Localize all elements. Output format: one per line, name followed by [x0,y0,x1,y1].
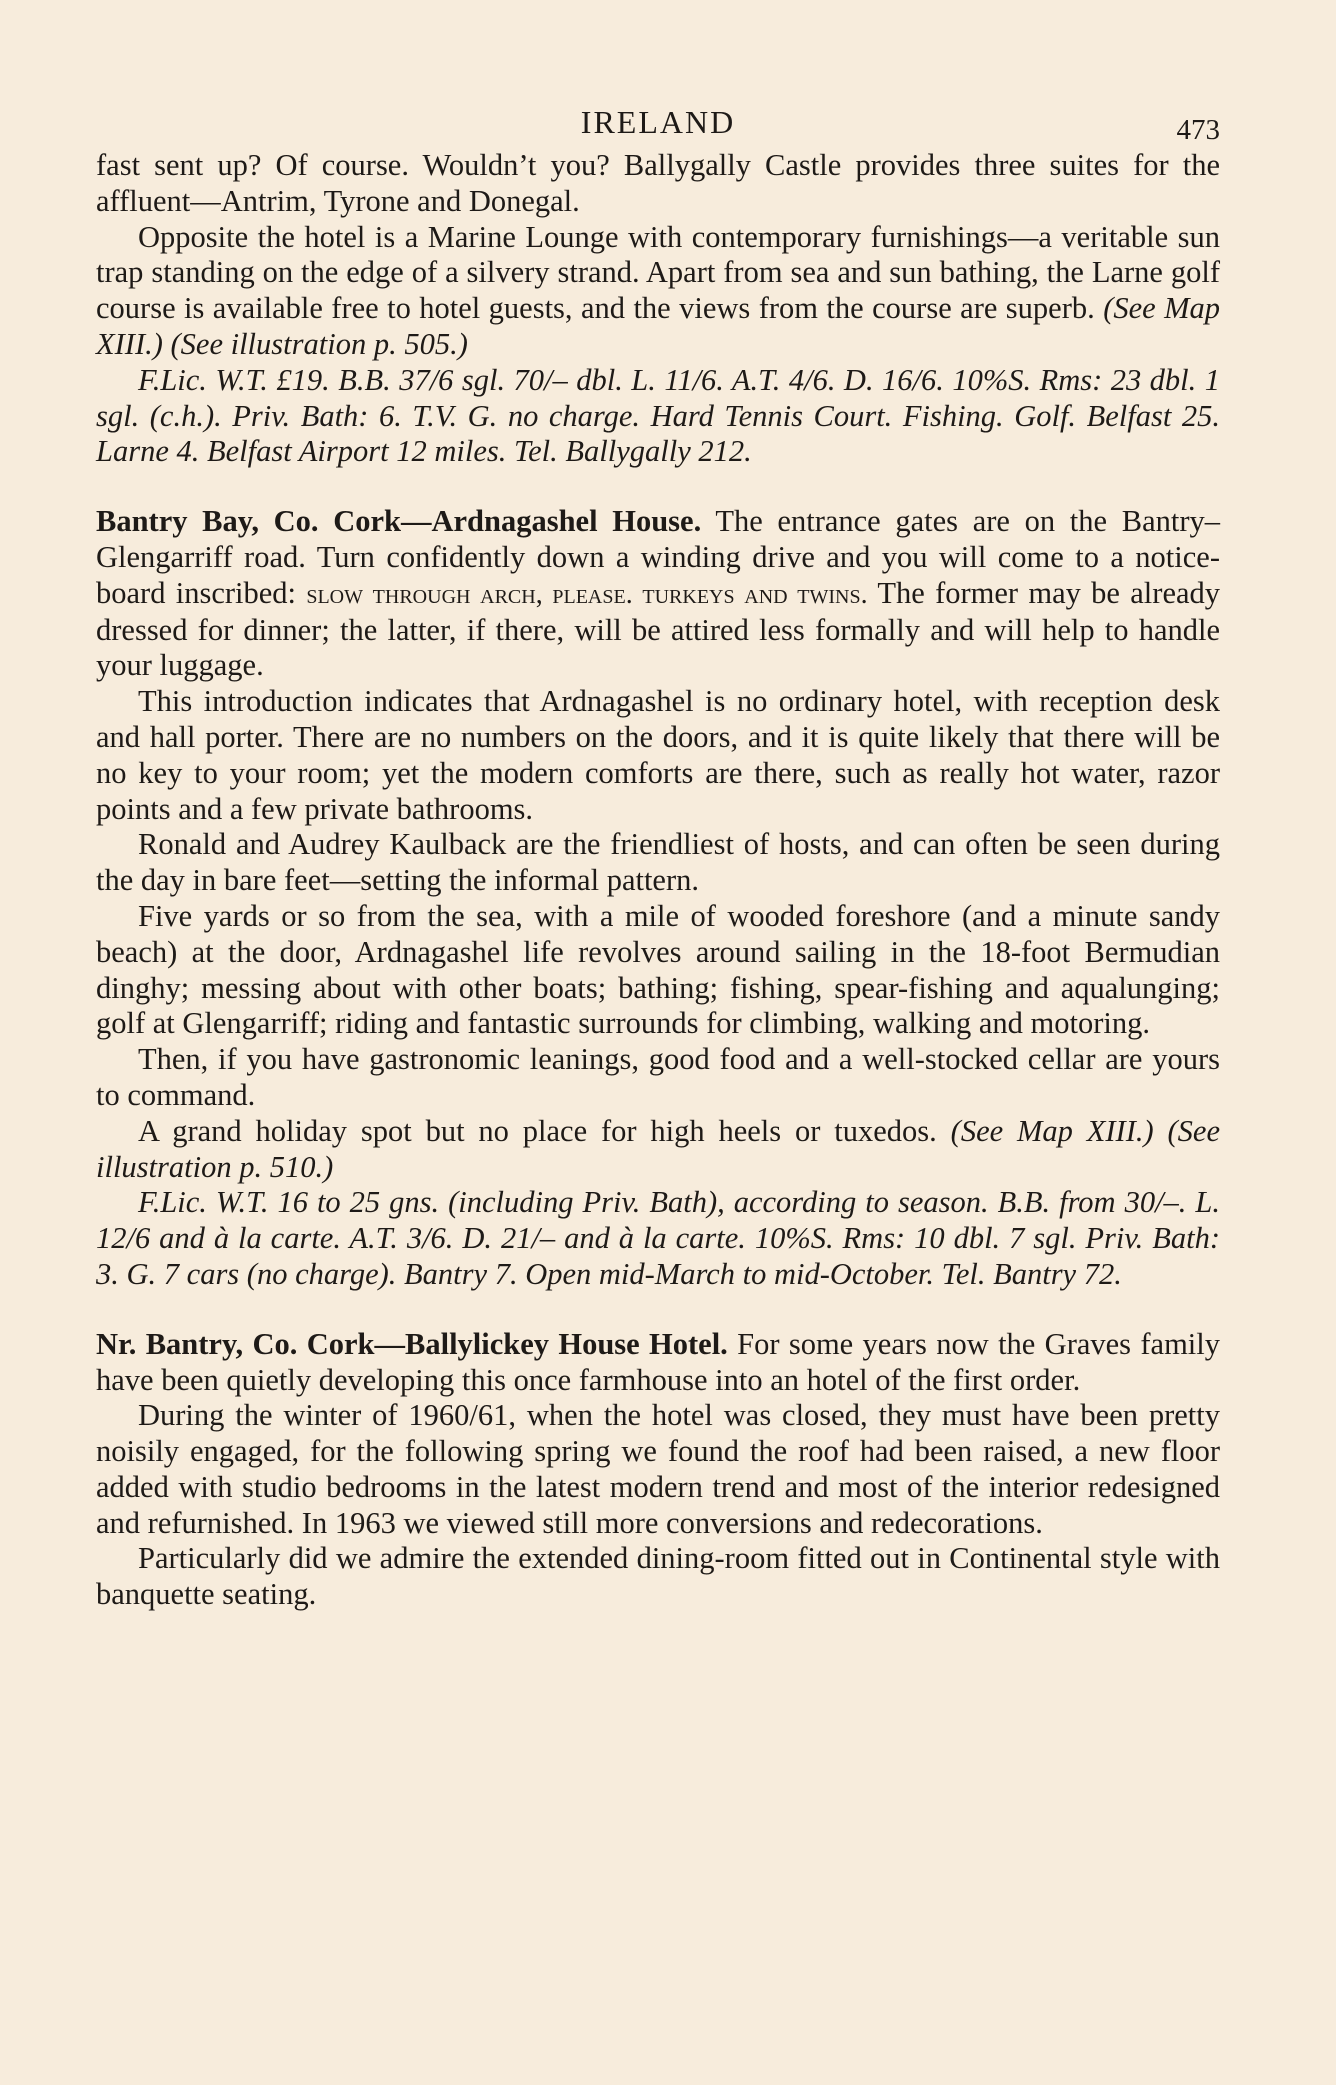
paragraph: fast sent up? Of course. Wouldn’t you? B… [96,148,1220,220]
running-head: IRELAND 473 [96,100,1220,148]
entry-ardnagashel-house: Bantry Bay, Co. Cork—Ardnagashel House. … [96,504,1220,1293]
paragraph: During the winter of 1960/61, when the h… [96,1398,1220,1541]
notice-board-text: slow through arch, please. turkeys and t… [306,579,867,610]
paragraph: This introduction indicates that Ardnaga… [96,684,1220,827]
page-body: fast sent up? Of course. Wouldn’t you? B… [96,148,1220,1613]
paragraph: Then, if you have gastronomic leanings, … [96,1042,1220,1114]
running-title: IRELAND [96,104,1220,141]
entry-heading: Nr. Bantry, Co. Cork—Ballylickey House H… [96,1327,728,1361]
entry-heading: Bantry Bay, Co. Cork—Ardnagashel House. [96,504,701,538]
paragraph: A grand holiday spot but no place for hi… [96,1114,1220,1186]
paragraph: Particularly did we admire the extended … [96,1541,1220,1613]
entry-intro: Bantry Bay, Co. Cork—Ardnagashel House. … [96,504,1220,684]
entry-intro: Nr. Bantry, Co. Cork—Ballylickey House H… [96,1327,1220,1399]
paragraph: Opposite the hotel is a Marine Lounge wi… [96,220,1220,363]
page-number: 473 [1177,114,1221,147]
book-page: IRELAND 473 fast sent up? Of course. Wou… [96,100,1220,1613]
hotel-details: F.Lic. W.T. 16 to 25 gns. (including Pri… [96,1185,1220,1292]
paragraph: Five yards or so from the sea, with a mi… [96,899,1220,1042]
paragraph-text: Opposite the hotel is a Marine Lounge wi… [96,220,1220,326]
paragraph: Ronald and Audrey Kaulback are the frien… [96,827,1220,899]
hotel-details: F.Lic. W.T. £19. B.B. 37/6 sgl. 70/– dbl… [96,363,1220,470]
entry-ballygally-continued: fast sent up? Of course. Wouldn’t you? B… [96,148,1220,470]
entry-ballylickey-house-hotel: Nr. Bantry, Co. Cork—Ballylickey House H… [96,1327,1220,1613]
paragraph-text: A grand holiday spot but no place for hi… [138,1114,937,1148]
